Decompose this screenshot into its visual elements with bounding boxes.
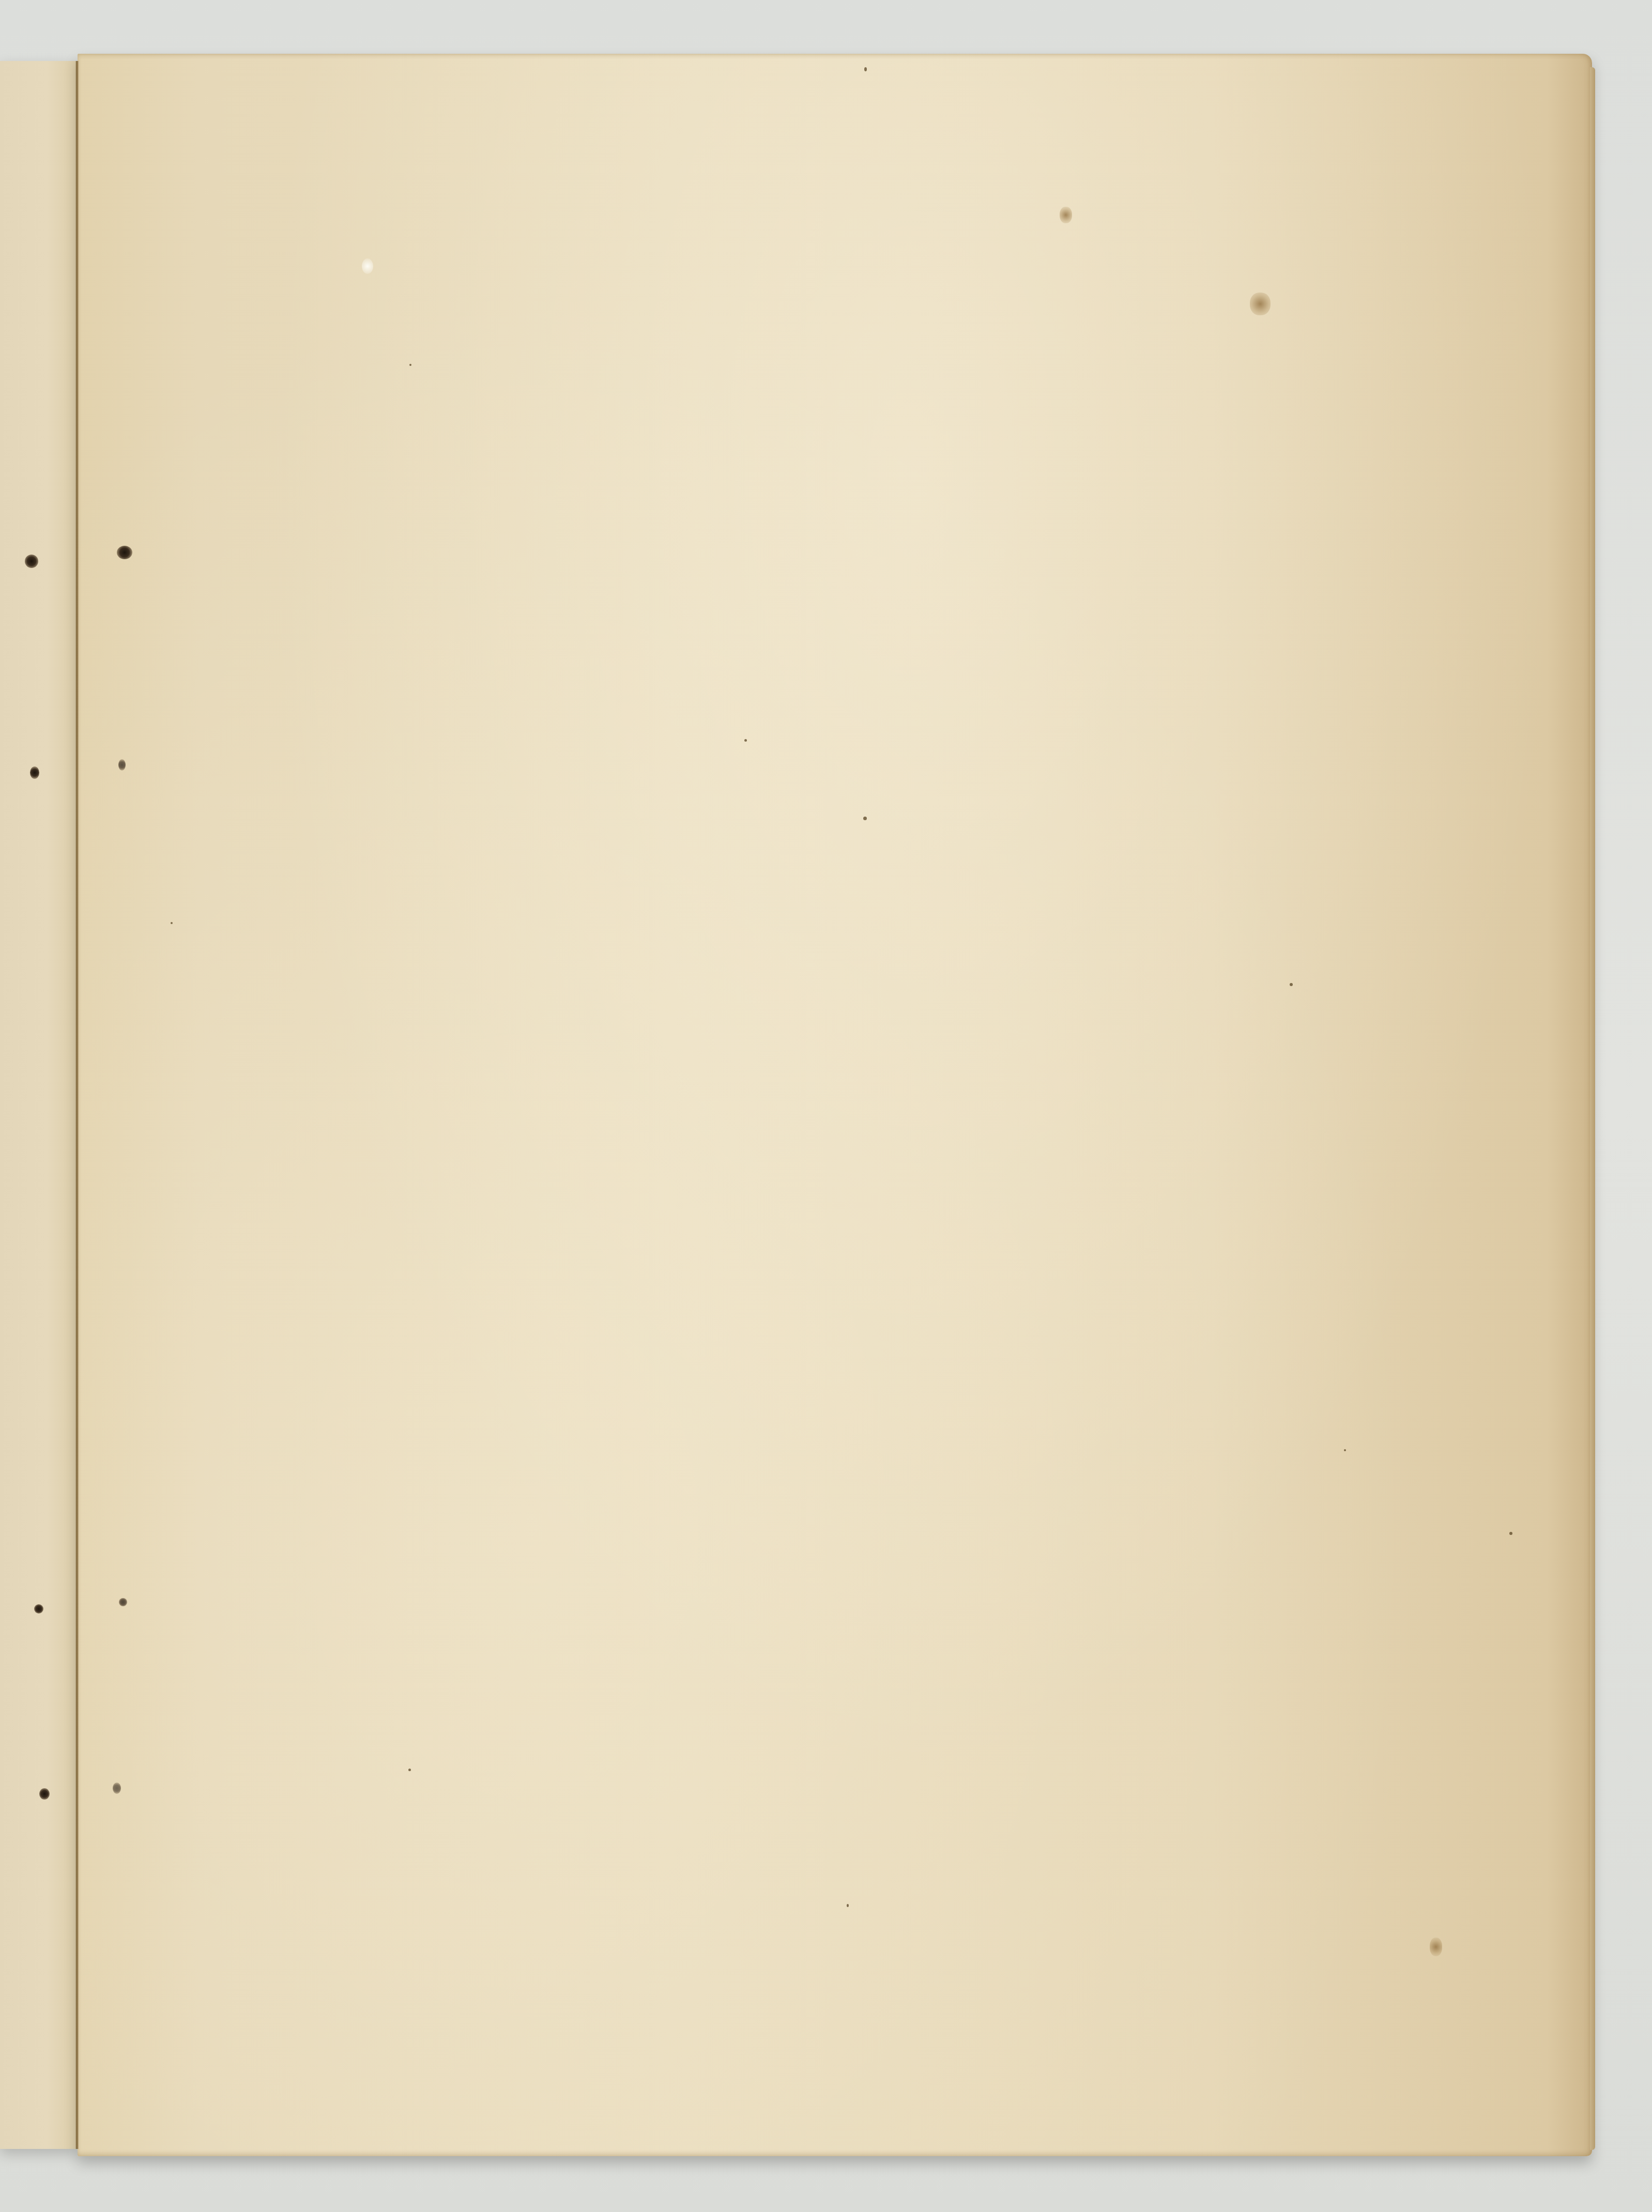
binding-hole-right-4 [113, 1783, 121, 1794]
paper-speck [409, 364, 411, 366]
binding-hole-left-3 [34, 1604, 43, 1614]
paper-speck [1344, 1449, 1346, 1451]
page-text [78, 54, 78, 54]
book-gutter [75, 61, 79, 2149]
binding-hole-right-1 [117, 546, 132, 559]
binding-hole-right-2 [118, 759, 126, 771]
paper-speck [1290, 983, 1293, 986]
binding-hole-left-4 [39, 1788, 50, 1800]
paper-light-spot [362, 258, 373, 274]
left-page-sliver [0, 61, 78, 2149]
foxing-stain [1430, 1938, 1442, 1956]
paper-speck [408, 1769, 411, 1771]
foxing-stain [1060, 207, 1072, 223]
foxing-stain [1250, 293, 1271, 315]
paper-speck [744, 739, 747, 742]
binding-hole-right-3 [119, 1598, 127, 1606]
paper-speck [847, 1904, 849, 1907]
paper-speck [864, 67, 867, 71]
paper-speck [1509, 1532, 1512, 1535]
paper-speck [863, 817, 867, 820]
page-edge-stack [1590, 67, 1595, 2150]
binding-hole-left-2 [30, 766, 39, 779]
blank-paper-page [78, 54, 1592, 2156]
binding-hole-left-1 [25, 555, 38, 568]
paper-speck [171, 922, 173, 924]
